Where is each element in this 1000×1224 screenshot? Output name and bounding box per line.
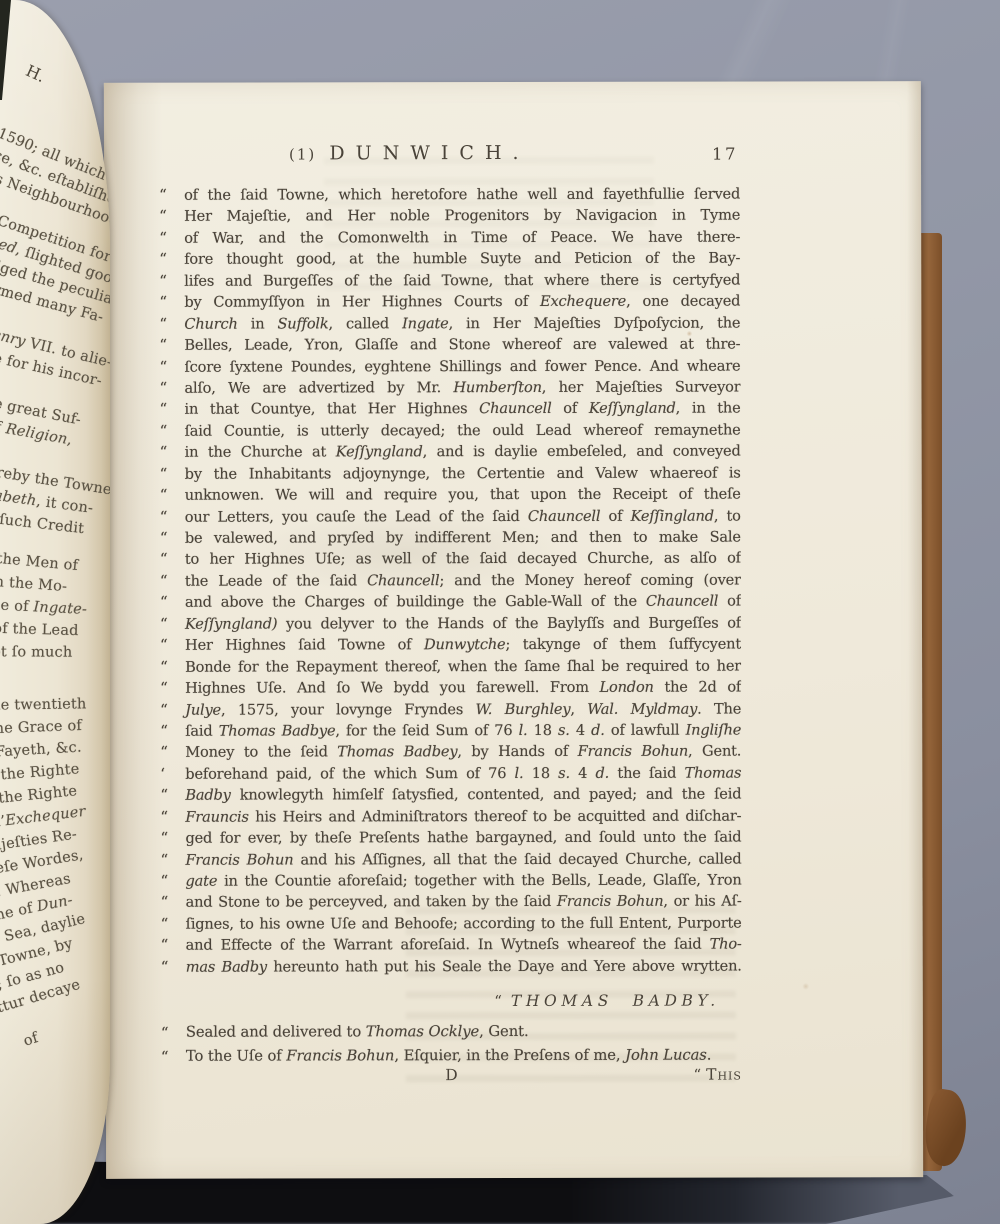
text-segment: Her Highnes ſaid Towne of <box>185 636 424 654</box>
italic-segment: Ingate <box>402 315 449 332</box>
text-segment: . <box>707 1047 712 1064</box>
text-line: “by the Inhabitants adjoynynge, the Cert… <box>160 462 741 485</box>
text-segment: hereunto hath put his Seale the Daye and… <box>267 957 742 975</box>
quote-mark: “ <box>160 699 167 720</box>
text-segment: in the Countie aforeſaid; together with … <box>217 872 741 890</box>
quote-mark: “ <box>160 571 167 592</box>
text-segment: , to <box>714 507 741 524</box>
italic-segment: Francis Bohun <box>557 893 664 910</box>
quote-mark: “ <box>160 549 167 570</box>
italic-segment: s. <box>558 765 570 782</box>
italic-segment: Tho- <box>710 936 742 953</box>
text-segment: beforehand paid, of the which Sum of 76 <box>185 765 514 783</box>
text-segment: to her Highnes Uſe; as well of the ſaid … <box>185 550 741 568</box>
left-page-line: in the twentieth <box>0 695 110 714</box>
text-segment: by Commyſſyon in Her Highnes Courts of <box>184 293 540 311</box>
text-segment: , it con- <box>35 493 94 516</box>
text-line: “be valewed, and pryſed by indifferent M… <box>160 527 741 550</box>
text-block: “of the ſaid Towne, which heretofore hat… <box>159 184 742 978</box>
quote-mark: “ <box>159 270 166 291</box>
right-page: DUNWICH. (1) 17 “of the ſaid Towne, whic… <box>104 81 923 1179</box>
text-line: “by Commyſſyon in Her Highnes Courts of … <box>159 291 740 314</box>
quote-mark: “ <box>159 313 166 334</box>
italic-segment: Chauncell <box>367 572 439 589</box>
text-segment: alſo, We are advertized by Mr. <box>184 379 453 397</box>
text-segment: knowlegyth himſelf ſatysfied, contented,… <box>231 786 742 804</box>
italic-segment: Elizabeth <box>0 484 37 509</box>
italic-segment: l. <box>519 722 528 739</box>
text-line: “lifes and Burgeſſes of the ſaid Towne, … <box>159 269 740 292</box>
text-line: “to her Highnes Uſe; as well of the ſaid… <box>160 548 741 571</box>
quote-mark: “ <box>160 528 167 549</box>
text-segment: you delyver to the Hands of the Baylyſſs… <box>277 614 741 632</box>
text-segment: To the Uſe of <box>186 1047 286 1064</box>
italic-segment: W. Burghley <box>476 700 571 717</box>
text-line: “gate in the Countie aforeſaid; together… <box>161 870 742 893</box>
text-segment: and his Aſſignes, all that the ſaid deca… <box>293 850 741 868</box>
quote-mark: “ <box>159 356 166 377</box>
quote-mark: “ <box>160 721 167 742</box>
text-segment: the Fayeth, &c. <box>0 740 82 762</box>
italic-segment: Exchequere <box>540 293 626 310</box>
text-line: “ſignes, to his owne Uſe and Behoofe; ac… <box>161 912 742 935</box>
text-segment: in the twentieth <box>0 696 87 714</box>
italic-segment: l. <box>515 765 524 782</box>
text-segment: 4 <box>570 722 591 739</box>
quote-mark: “ <box>159 249 166 270</box>
quote-mark: “ <box>494 992 501 1010</box>
text-line: “in that Countye, that Her Highnes Chaun… <box>160 398 741 421</box>
text-segment: , one decayed <box>626 293 740 310</box>
text-line: “ſcore ſyxtene Poundes, eyghtene Shillin… <box>159 355 740 378</box>
italic-segment: Thomas Badbye <box>219 722 336 739</box>
italic-segment: Dunwytche <box>424 636 506 653</box>
italic-segment: Religion <box>5 421 69 448</box>
italic-segment: mas Badby <box>186 958 267 975</box>
left-page-curl: H. heſt 1590; all whichmerce, &c. eſtabl… <box>0 0 110 1224</box>
quote-mark: “ <box>160 806 167 827</box>
italic-segment: Henry <box>0 324 27 351</box>
quote-mark: “ <box>160 485 167 506</box>
text-segment: of <box>600 507 630 524</box>
quote-mark: “ <box>160 828 167 849</box>
quote-mark: “ <box>160 592 167 613</box>
quote-mark: “ <box>160 785 167 806</box>
italic-segment: Exchequer <box>4 804 86 829</box>
text-segment: be valewed, and pryſed by indifferent Me… <box>185 529 741 547</box>
italic-segment: Francis Bohun <box>286 1047 394 1064</box>
text-line: ‘beforehand paid, of the which Sum of 76… <box>160 762 741 785</box>
italic-segment: s. <box>558 722 570 739</box>
left-page-line: ale of the Lead <box>0 620 110 642</box>
text-segment: 18 <box>523 765 558 782</box>
italic-segment: Thomas Badbey <box>337 743 457 760</box>
text-segment: rom the Righte <box>0 761 80 786</box>
italic-segment: Humberſton <box>453 379 541 396</box>
text-segment: them the Mo- <box>0 572 68 595</box>
quote-mark: “ <box>161 914 168 935</box>
text-segment: 4 <box>570 765 596 782</box>
text-segment: in <box>238 315 278 332</box>
italic-segment: Chauncell <box>528 507 600 524</box>
text-line: “the Leade of the ſaid Chauncell; and th… <box>160 569 741 592</box>
text-segment: Her Majeſtie, and Her noble Progenitors … <box>184 207 740 225</box>
text-line: “Her Majeſtie, and Her noble Progenitors… <box>159 205 740 228</box>
italic-segment: Francis Bohun <box>185 851 293 868</box>
text-segment: ; and the Money hereof coming (over <box>439 571 740 589</box>
text-line: “fore thought good, at the humble Suyte … <box>159 248 740 271</box>
italic-segment: Ingate- <box>33 599 87 618</box>
text-segment: and Effecte of the Warrant aforeſaid. In… <box>186 936 710 954</box>
quote-mark: “ <box>160 635 167 656</box>
text-segment: of <box>552 400 589 417</box>
text-segment: , <box>570 700 587 717</box>
text-segment: in the Churche at <box>185 444 336 461</box>
text-segment: in that Countye, that Her Highnes <box>185 400 480 418</box>
book-photo: DUNWICH. (1) 17 “of the ſaid Towne, whic… <box>0 0 1000 1224</box>
text-line: “Belles, Leade, Yron, Glaſſe and Stone w… <box>159 334 740 357</box>
text-segment: Belles, Leade, Yron, Glaſſe and Stone wh… <box>184 336 740 354</box>
text-segment: by the Grace of <box>0 718 82 738</box>
italic-segment: Thomas Ocklye <box>366 1023 479 1040</box>
text-segment: . The <box>697 700 741 717</box>
text-segment: , and is daylie embeſeled, and conveyed <box>423 443 741 461</box>
text-segment: and Stone to be perceyved, and taken by … <box>186 893 557 911</box>
text-line: “of War, and the Comonwelth in Time of P… <box>159 226 740 249</box>
italic-segment: Wal. Myldmay <box>587 700 697 717</box>
quote-mark: “ <box>160 613 167 634</box>
text-line: “unknowen. We will and require you, that… <box>160 484 741 507</box>
text-line: “Sealed and delivered to Thomas Ocklye, … <box>161 1020 742 1045</box>
text-line: “Francis Bohun and his Aſſignes, all tha… <box>160 848 741 871</box>
italic-segment: Julye <box>185 701 221 718</box>
text-segment: unknowen. We will and require you, that … <box>185 486 741 504</box>
quote-mark: “ <box>161 1045 168 1069</box>
text-segment: Stone of <box>0 596 34 615</box>
text-segment: , called <box>329 315 403 332</box>
text-line: “Bonde for the Repayment thereof, when t… <box>160 655 741 678</box>
text-line: “and above the Charges of buildinge the … <box>160 591 741 614</box>
text-segment: Bonde for the Repayment thereof, when th… <box>185 657 741 675</box>
text-line: “ſaid Countie, is utterly decayed; the o… <box>160 419 741 442</box>
left-page-heading: H. <box>23 61 48 86</box>
italic-segment: Keſſyngland) <box>185 615 277 632</box>
quote-mark: “ <box>159 292 166 313</box>
text-segment: , for the ſeid Sum of 76 <box>335 722 518 739</box>
text-segment: the ſaid <box>609 764 684 781</box>
catchword: “This <box>693 1066 742 1084</box>
text-segment: and above the Charges of buildinge the G… <box>185 593 646 611</box>
italic-segment: Francis Bohun <box>578 743 688 760</box>
text-line: “Frauncis his Heirs and Adminiſtrators t… <box>160 805 741 828</box>
italic-segment: John Lucas <box>625 1047 707 1064</box>
quote-mark: “ <box>161 871 168 892</box>
text-segment: , 1575, your lovynge Fryndes <box>221 701 476 719</box>
text-line: “Highnes Uſe. And ſo We bydd you farewel… <box>160 677 741 700</box>
signature-mark: (1) <box>289 145 316 163</box>
quote-mark: “ <box>160 678 167 699</box>
italic-segment: Frauncis <box>185 808 248 825</box>
quote-mark: “ <box>161 935 168 956</box>
text-line: “ſaid Thomas Badbye, for the ſeid Sum of… <box>160 719 741 742</box>
text-line: “Church in Suffolk, called Ingate, in He… <box>159 312 740 335</box>
italic-segment: d. <box>596 765 610 782</box>
text-segment: lifes and Burgeſſes of the ſaid Towne, t… <box>184 271 740 289</box>
text-segment: 18 <box>527 722 558 739</box>
text-segment: of <box>22 1030 41 1050</box>
text-segment: ſaid <box>185 723 219 740</box>
left-page-line: by the Grace of <box>0 715 110 738</box>
text-segment: of <box>718 593 741 610</box>
text-segment: of War, and the Comonwelth in Time of Pe… <box>184 228 740 246</box>
left-page-line: xcept ſo much <box>0 644 110 661</box>
italic-segment: Badby <box>185 787 230 804</box>
text-segment: ſcore ſyxtene Poundes, eyghtene Shilling… <box>184 357 740 375</box>
text-segment: of the ſaid Towne, which heretofore hath… <box>184 186 740 204</box>
quote-mark: “ <box>160 421 167 442</box>
quote-mark: “ <box>160 656 167 677</box>
text-segment: Sealed and delivered to <box>186 1023 366 1040</box>
quote-mark: “ <box>161 956 168 977</box>
text-segment: , Gent. <box>688 743 741 760</box>
text-line: “of the ſaid Towne, which heretofore hat… <box>159 184 740 207</box>
italic-segment: Thomas <box>685 764 742 781</box>
text-segment: of lawfull <box>605 722 686 739</box>
left-page-line: Stone of Ingate- <box>0 596 110 622</box>
page-header: DUNWICH. (1) 17 <box>159 142 740 173</box>
text-line: “mas Badby hereunto hath put his Seale t… <box>161 955 742 978</box>
quote-mark: “ <box>159 378 166 399</box>
text-line: “Money to the ſeid Thomas Badbey, by Han… <box>160 741 741 764</box>
text-segment: by the Inhabitants adjoynynge, the Certe… <box>185 464 741 482</box>
gathering-letter: D <box>161 1066 742 1085</box>
italic-segment: Keſſyngland <box>589 400 676 417</box>
quote-mark: “ <box>159 185 166 206</box>
text-segment: the Leade of the ſaid <box>185 572 367 589</box>
quote-mark: “ <box>160 442 167 463</box>
catchword-text: This <box>706 1066 742 1084</box>
left-page-line: the Fayeth, &c. <box>0 735 110 762</box>
text-segment: Highnes Uſe. And ſo We bydd you farewell… <box>185 679 599 697</box>
text-line: “ged for ever, by theſe Preſents hathe b… <box>160 827 741 850</box>
text-segment: ſaid Countie, is utterly decayed; the ou… <box>185 421 741 439</box>
quote-mark: “ <box>160 399 167 420</box>
text-segment: , in the <box>676 400 741 417</box>
text-segment: ges the Men of <box>0 548 79 574</box>
italic-segment: Keſſingland <box>631 507 714 524</box>
quote-mark: “ <box>159 335 166 356</box>
text-segment: ; takynge of them ſuffycyent <box>505 636 741 653</box>
text-segment: , in Her Majeſties Dyſpoſycion, the <box>449 314 741 332</box>
text-segment: the 2d of <box>654 679 741 696</box>
text-segment: our Letters, you cauſe the Lead of the ſ… <box>185 508 528 526</box>
italic-segment: d. <box>591 722 605 739</box>
italic-segment: London <box>600 679 654 696</box>
italic-segment: Dun- <box>36 892 74 915</box>
quote-mark: “ <box>160 849 167 870</box>
text-segment: fore thought good, at the humble Suyte a… <box>184 250 740 268</box>
quote-mark: “ <box>160 463 167 484</box>
quote-mark: “ <box>160 506 167 527</box>
text-line: “Badby knowlegyth himſelf ſatysfied, con… <box>160 784 741 807</box>
text-segment: , her Majeſties Surveyor <box>542 378 741 395</box>
closing-lines: “Sealed and delivered to Thomas Ocklye, … <box>161 1020 742 1069</box>
text-line: “and Stone to be perceyved, and taken by… <box>161 891 742 914</box>
quote-mark: “ <box>161 1021 168 1045</box>
text-segment: , by Hands of <box>457 743 577 760</box>
italic-segment: gate <box>186 873 218 890</box>
text-line: “Her Highnes ſaid Towne of Dunwytche; ta… <box>160 634 741 657</box>
text-segment: ſignes, to his owne Uſe and Behoofe; acc… <box>186 914 742 932</box>
left-page-line: them the Mo- <box>0 572 110 602</box>
italic-segment: Chauncell <box>479 400 551 417</box>
italic-segment: Keſſyngland <box>336 443 423 460</box>
text-segment: Money to the ſeid <box>185 744 337 761</box>
quote-mark: ‘ <box>160 764 164 785</box>
signature-name: THOMAS BADBY. <box>511 992 720 1010</box>
page-number: 17 <box>712 145 738 164</box>
text-line: “and Effecte of the Warrant aforeſaid. I… <box>161 934 742 957</box>
text-segment: ale of the Lead <box>0 620 79 639</box>
signature-line: “THOMAS BADBY. <box>161 992 742 1011</box>
text-segment: xcept ſo much <box>0 644 73 661</box>
italic-segment: Ingliſhe <box>686 721 742 738</box>
text-segment: ged for ever, by theſe Preſents hathe ba… <box>185 829 741 847</box>
text-segment: his Heirs and Adminiſtrators thereof to … <box>249 807 742 825</box>
quote-mark: “ <box>161 892 168 913</box>
text-segment: , or his Aſ- <box>663 893 741 910</box>
text-line: “our Letters, you cauſe the Lead of the … <box>160 505 741 528</box>
text-segment: , Eſquier, in the Preſens of me, <box>394 1047 625 1064</box>
italic-segment: Church <box>184 315 237 332</box>
text-segment: , Gent. <box>479 1023 529 1040</box>
quote-mark: “ <box>160 742 167 763</box>
italic-segment: Chauncell <box>646 593 718 610</box>
quote-mark: “ <box>693 1066 700 1084</box>
text-line: “alſo, We are advertized by Mr. Humberſt… <box>159 376 740 399</box>
running-title: DUNWICH. <box>159 142 700 165</box>
italic-segment: Suffolk <box>277 315 328 332</box>
text-line: “Julye, 1575, your lovynge Fryndes W. Bu… <box>160 698 741 721</box>
quote-mark: “ <box>159 228 166 249</box>
text-line: “in the Churche at Keſſyngland, and is d… <box>160 441 741 464</box>
quote-mark: “ <box>159 206 166 227</box>
catchword-row: D “This <box>161 1066 742 1091</box>
text-line: “Keſſyngland) you delyver to the Hands o… <box>160 612 741 635</box>
